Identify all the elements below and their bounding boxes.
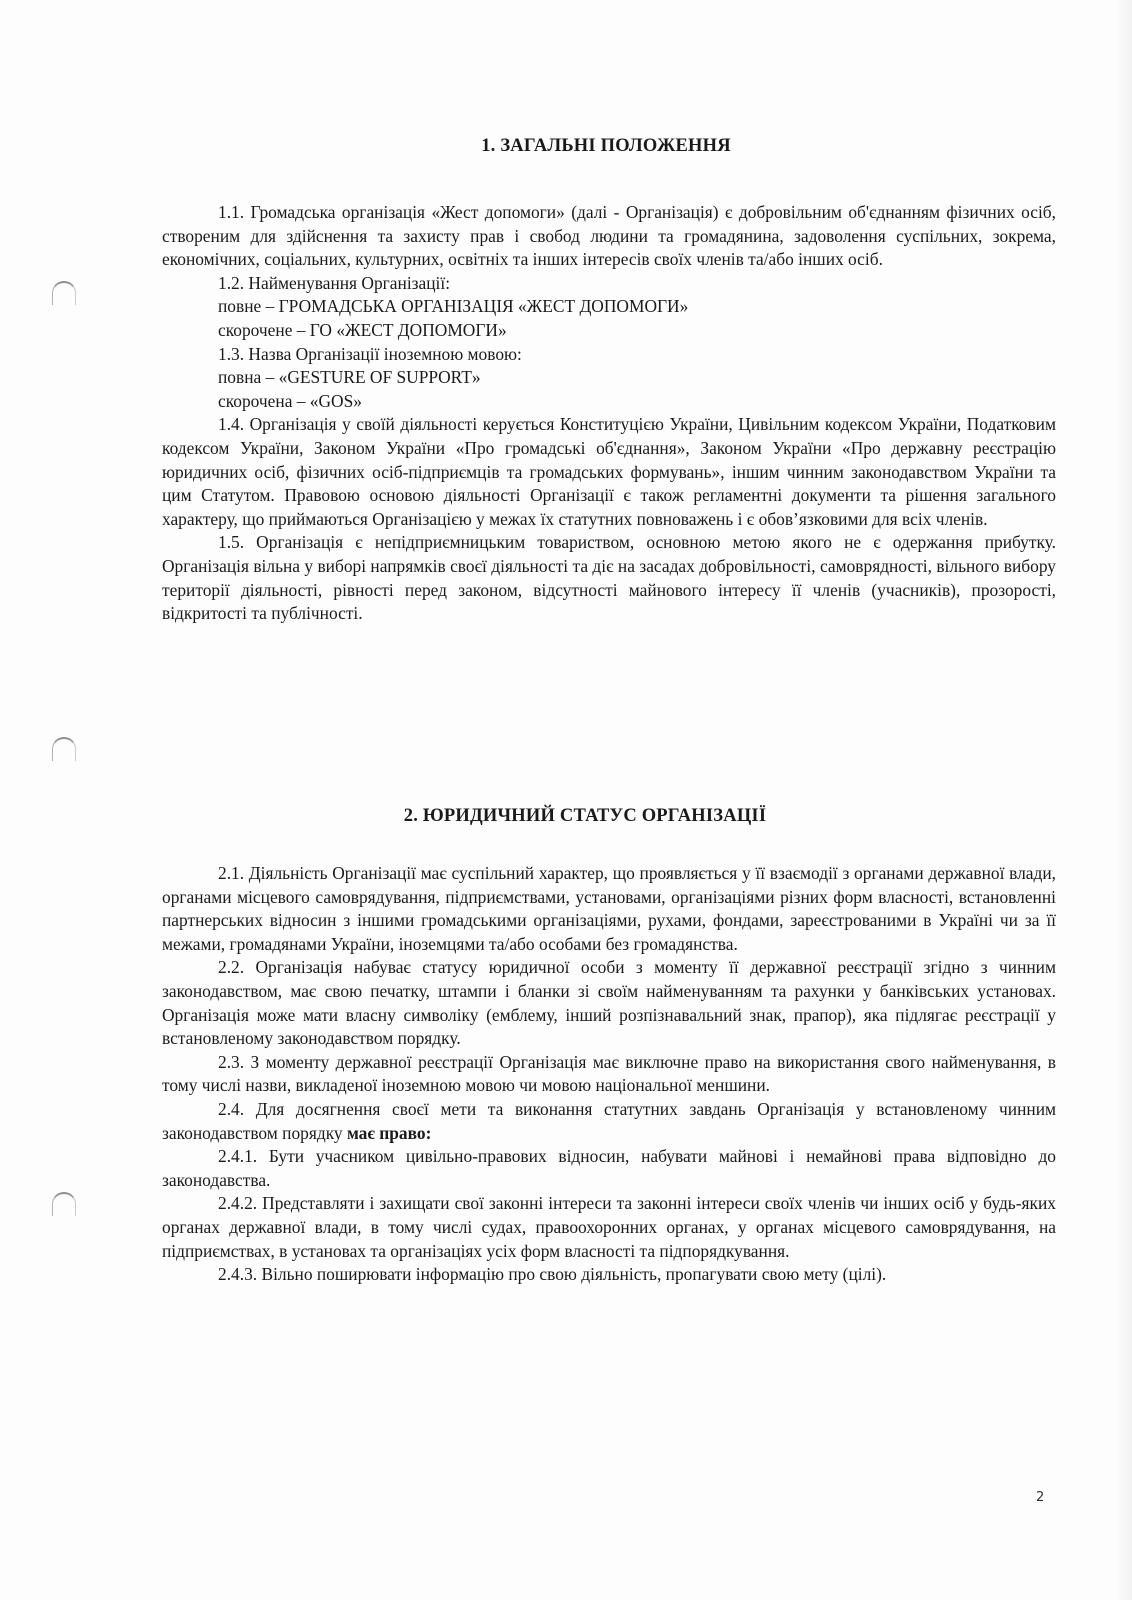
section-2-body: 2.1. Діяльність Організації має суспільн…	[162, 862, 1056, 1287]
clause-1-3: 1.3. Назва Організації іноземною мовою:	[162, 343, 1056, 367]
clause-1-5: 1.5. Організація є непідприємницьким тов…	[162, 531, 1056, 625]
section-1-body: 1.1. Громадська організація «Жест допомо…	[162, 201, 1056, 626]
page-number: 2	[1036, 1490, 1044, 1505]
clause-1-1: 1.1. Громадська організація «Жест допомо…	[162, 201, 1056, 272]
scan-edge-shadow	[1118, 0, 1132, 1600]
clause-2-4: 2.4. Для досягнення своєї мети та викона…	[162, 1098, 1056, 1145]
clause-1-2-full-name: повне – ГРОМАДСЬКА ОРГАНІЗАЦІЯ «ЖЕСТ ДОП…	[162, 295, 1056, 319]
binder-hole-mark-icon	[52, 737, 76, 761]
clause-1-3-short-name: скорочена – «GOS»	[162, 390, 1056, 414]
clause-2-3: 2.3. З моменту державної реєстрації Орга…	[162, 1051, 1056, 1098]
clause-2-1: 2.1. Діяльність Організації має суспільн…	[162, 862, 1056, 956]
clause-2-4-3: 2.4.3. Вільно поширювати інформацію про …	[162, 1263, 1056, 1287]
binder-hole-mark-icon	[52, 1192, 76, 1216]
clause-2-4-emphasis: має право:	[347, 1123, 431, 1143]
binder-hole-mark-icon	[52, 281, 76, 305]
clause-2-4-text: 2.4. Для досягнення своєї мети та викона…	[162, 1099, 1056, 1143]
clause-1-4: 1.4. Організація у своїй діяльності керу…	[162, 413, 1056, 531]
clause-1-2-short-name: скорочене – ГО «ЖЕСТ ДОПОМОГИ»	[162, 319, 1056, 343]
section-1-heading: 1. ЗАГАЛЬНІ ПОЛОЖЕННЯ	[0, 136, 1132, 157]
document-page: 1. ЗАГАЛЬНІ ПОЛОЖЕННЯ 1.1. Громадська ор…	[0, 0, 1132, 1600]
section-2-heading: 2. ЮРИДИЧНИЙ СТАТУС ОРГАНІЗАЦІЇ	[0, 806, 1132, 827]
clause-1-3-full-name: повна – «GESTURE OF SUPPORT»	[162, 366, 1056, 390]
clause-2-4-1: 2.4.1. Бути учасником цивільно-правових …	[162, 1145, 1056, 1192]
clause-2-2: 2.2. Організація набуває статусу юридичн…	[162, 956, 1056, 1050]
clause-1-2: 1.2. Найменування Організації:	[162, 272, 1056, 296]
clause-2-4-2: 2.4.2. Представляти і захищати свої зако…	[162, 1192, 1056, 1263]
